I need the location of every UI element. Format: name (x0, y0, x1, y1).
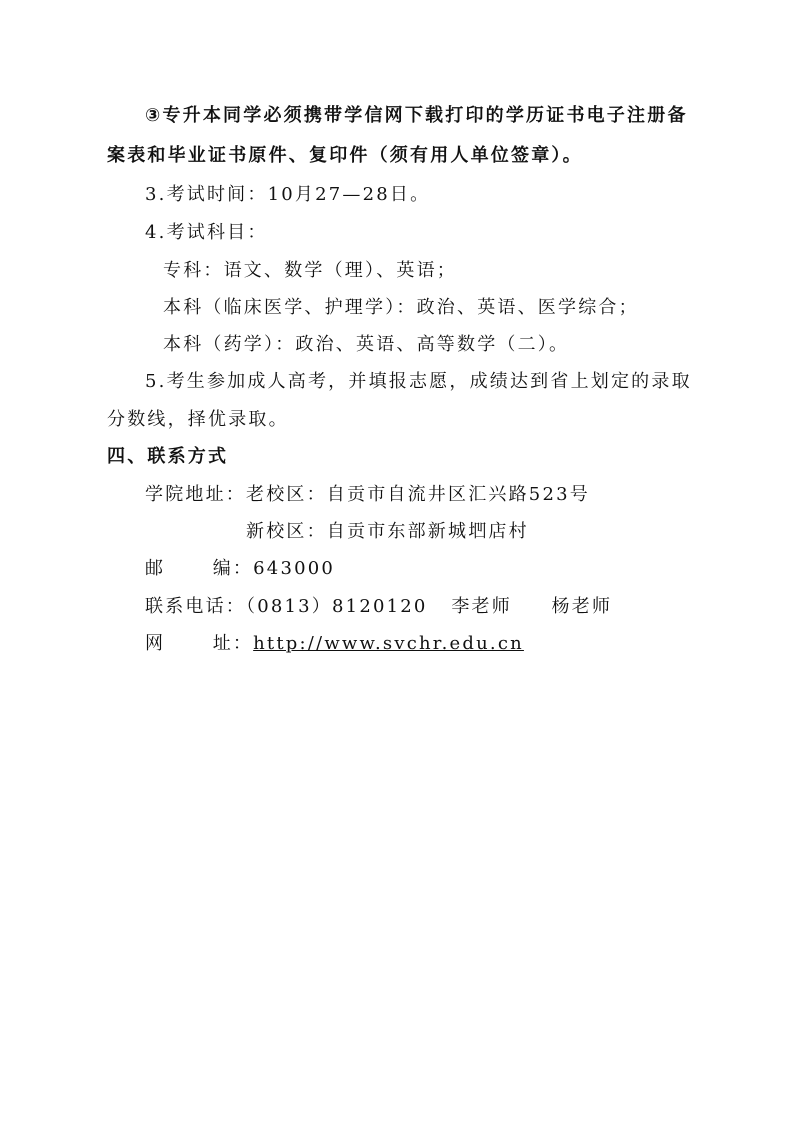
phone-row: 联系电话：（0813）8120120 李老师 杨老师 (145, 595, 612, 619)
admission-line2: 分数线，择优录取。 (107, 408, 289, 432)
item3-note-line2: 案表和毕业证书原件、复印件（须有用人单位签章）。 (107, 144, 583, 168)
exam-subject-item: 本科（药学）：政治、英语、高等数学（二）。 (163, 333, 569, 357)
postcode-row: 邮 编：643000 (145, 557, 335, 581)
website-row: 网 址：http://www.svchr.edu.cn (145, 632, 524, 656)
exam-time: 3.考试时间：10月27—28日。 (145, 183, 430, 207)
admission-line1: 5.考生参加成人高考，并填报志愿，成绩达到省上划定的录取 (145, 370, 692, 394)
postcode-value: 643000 (253, 558, 335, 579)
new-campus-address: 新校区：自贡市东部新城垇店村 (246, 520, 529, 544)
contact-persons: 李老师 杨老师 (451, 596, 612, 617)
exam-subject-item: 本科（临床医学、护理学）：政治、英语、医学综合； (163, 296, 639, 320)
website-label: 网 址： (145, 633, 253, 654)
section-title: 四、联系方式 (107, 445, 228, 469)
address-row: 学院地址：老校区：自贡市自流井区汇兴路523号 (145, 483, 590, 507)
old-campus-address: 老校区：自贡市自流井区汇兴路523号 (246, 484, 590, 505)
item3-note-line1: ③专升本同学必须携带学信网下载打印的学历证书电子注册备 (145, 104, 688, 128)
postcode-label: 邮 编： (145, 558, 253, 579)
exam-subject-item: 专科：语文、数学（理）、英语； (163, 259, 457, 283)
phone-label: 联系电话： (145, 596, 246, 617)
address-label: 学院地址： (145, 484, 246, 505)
phone-value: （0813）8120120 (246, 596, 428, 617)
exam-subjects-heading: 4.考试科目： (145, 221, 268, 245)
website-link[interactable]: http://www.svchr.edu.cn (253, 633, 524, 654)
